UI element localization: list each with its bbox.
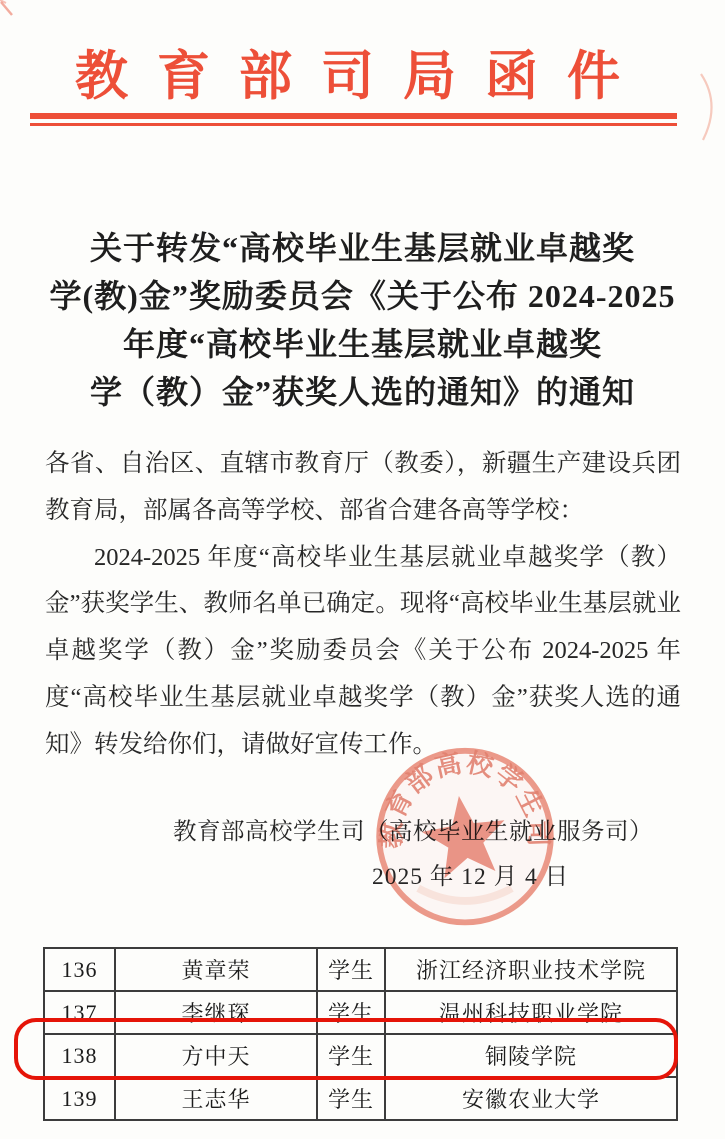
cell-name: 黄章荣 [115, 948, 317, 991]
document-title-line: 学(教)金”奖励委员会《关于公布 2024-2025 [35, 272, 690, 320]
cell-school: 安徽农业大学 [385, 1077, 677, 1120]
scanned-document-page: 教育部司局函件 关于转发“高校毕业生基层就业卓越奖 学(教)金”奖励委员会《关于… [0, 0, 725, 1139]
body-text: 各省、自治区、直辖市教育厅（教委），新疆生产建设兵团教育局，部属各高等学校、部省… [45, 441, 681, 769]
document-title: 关于转发“高校毕业生基层就业卓越奖 学(教)金”奖励委员会《关于公布 2024-… [35, 224, 690, 416]
issue-date: 2025 年 12 月 4 日 [372, 857, 569, 891]
cell-role: 学生 [317, 1077, 385, 1120]
table-row: 136 黄章荣 学生 浙江经济职业技术学院 [44, 948, 677, 991]
cell-role: 学生 [317, 948, 385, 991]
body-paragraph: 2024-2025 年度“高校毕业生基层就业卓越奖学（教）金”获奖学生、教师名单… [45, 535, 681, 769]
cell-name: 王志华 [115, 1077, 317, 1120]
document-title-line: 关于转发“高校毕业生基层就业卓越奖 [35, 224, 690, 272]
document-title-line: 学（教）金”获奖人选的通知》的通知 [35, 368, 690, 416]
highlight-annotation-row-138 [14, 1018, 678, 1080]
table-row: 139 王志华 学生 安徽农业大学 [44, 1077, 677, 1120]
issuer-signature: 教育部高校学生司（高校毕业生就业服务司） [0, 812, 653, 846]
salutation: 各省、自治区、直辖市教育厅（教委），新疆生产建设兵团教育局，部属各高等学校、部省… [45, 441, 681, 535]
letterhead-rule-thin [30, 123, 677, 126]
cell-number: 136 [44, 948, 115, 991]
letterhead-title: 教育部司局函件 [0, 34, 710, 110]
cell-number: 139 [44, 1077, 115, 1120]
scan-artifact-top-left [0, 0, 20, 22]
letterhead-rule-thick [30, 113, 677, 119]
cell-school: 浙江经济职业技术学院 [385, 948, 677, 991]
document-title-line: 年度“高校毕业生基层就业卓越奖 [35, 320, 690, 368]
